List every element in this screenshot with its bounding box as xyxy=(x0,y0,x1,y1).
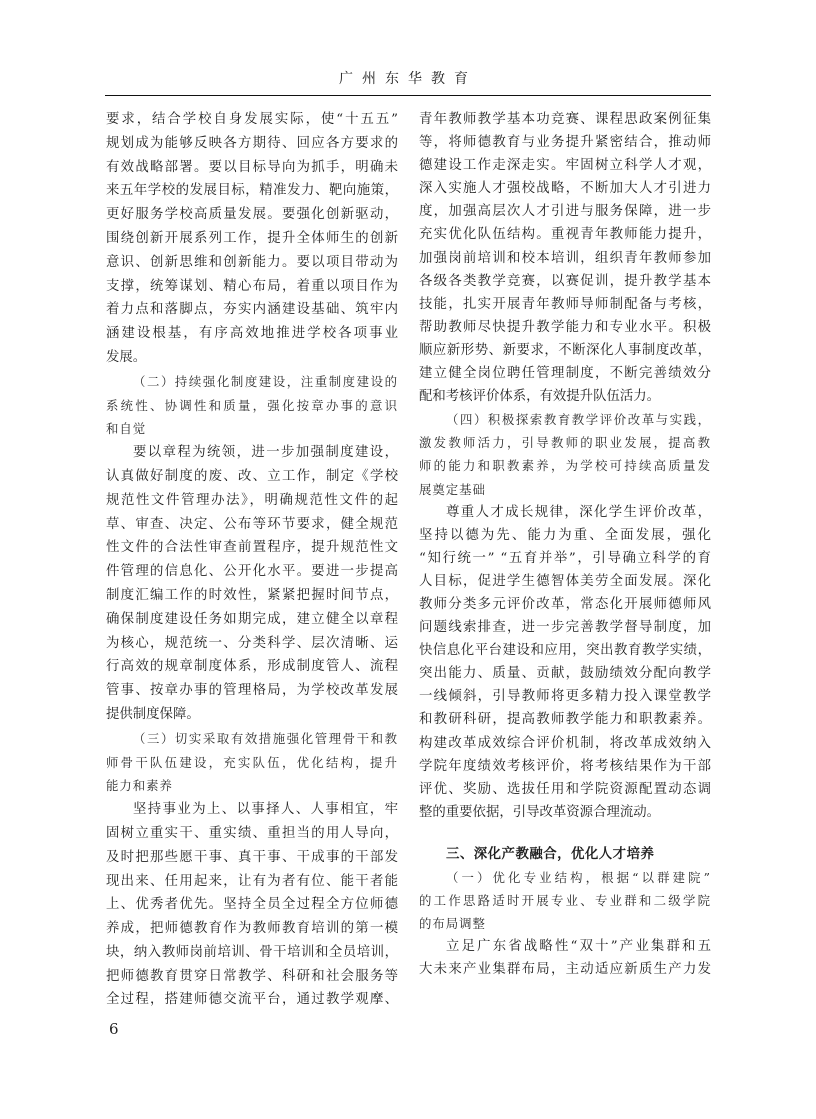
text-line: 为核心，规范统一、分类科学、层次清晰、运 xyxy=(106,632,398,656)
right-column: 青年教师教学基本功竞赛、课程思政案例征集 等，将师德教育与业务提升紧密结合，推动… xyxy=(419,108,711,981)
subsection-heading: 展奠定基础 xyxy=(419,478,711,501)
text-line: 涵建设根基，有序高效地推进学校各项事业 xyxy=(106,322,398,346)
text-line: 上、优秀者优先。坚持全员全过程全方位师德 xyxy=(106,893,398,917)
subsection-heading: 系统性、协调性和质量，强化按章办事的意识 xyxy=(106,394,398,418)
section-heading: 三、深化产教融合，优化人才培养 xyxy=(419,843,711,866)
text-line: 和教研科研，提高教师教学能力和职教素养。 xyxy=(419,708,711,731)
text-line: 块，纳入教师岗前培训、骨干培训和全员培训， xyxy=(106,941,398,965)
text-line: 帮助教师尽快提升教学能力和专业水平。积极 xyxy=(419,316,711,339)
text-line: 一线倾斜，引导教师将更多精力投入课堂教学 xyxy=(419,685,711,708)
text-line: 构建改革成效综合评价机制，将改革成效纳入 xyxy=(419,732,711,755)
text-line: 管事、按章办事的管理格局，为学校改革发展 xyxy=(106,679,398,703)
text-line: 提供制度保障。 xyxy=(106,703,398,727)
left-column: 要求，结合学校自身发展实际，使“十五五” 规划成为能够反映各方期待、回应各方要求… xyxy=(106,108,398,1012)
text-line: 坚持以德为先、能力为重、全面发展，强化 xyxy=(419,524,711,547)
text-line: 草、审查、决定、公布等环节要求，健全规范 xyxy=(106,513,398,537)
text-line: 德建设工作走深走实。牢固树立科学人才观， xyxy=(419,154,711,177)
subsection-heading: 和自觉 xyxy=(106,417,398,441)
text-line: 围绕创新开展系列工作，提升全体师生的创新 xyxy=(106,227,398,251)
subsection-heading: （四）积极探索教育教学评价改革与实践， xyxy=(419,408,711,431)
text-line: 着力点和落脚点，夯实内涵建设基础、筑牢内 xyxy=(106,298,398,322)
text-line: 充实优化队伍结构。重视青年教师能力提升， xyxy=(419,223,711,246)
text-line: 技能，扎实开展青年教师导师制配备与考核， xyxy=(419,293,711,316)
subsection-heading: 师的能力和职教素养，为学校可持续高质量发 xyxy=(419,454,711,477)
subsection-heading: 的工作思路适时开展专业、专业群和二级学院 xyxy=(419,889,711,912)
text-line: 支撑，统筹谋划、精心布局，着重以项目作为 xyxy=(106,275,398,299)
text-line: 发展。 xyxy=(106,346,398,370)
text-line: 教师分类多元评价改革，常态化开展师德师风 xyxy=(419,593,711,616)
text-line: 快信息化平台建设和应用，突出教育教学实绩， xyxy=(419,639,711,662)
text-line: 行高效的规章制度体系，形成制度管人、流程 xyxy=(106,655,398,679)
text-line: 人目标，促进学生德智体美劳全面发展。深化 xyxy=(419,570,711,593)
section-spacer xyxy=(419,824,711,843)
text-line: 意识、创新思维和创新能力。要以项目带动为 xyxy=(106,251,398,275)
text-line: 坚持事业为上、以事择人、人事相宜，牢 xyxy=(106,798,398,822)
text-line: 件管理的信息化、公开化水平。要进一步提高 xyxy=(106,560,398,584)
page-number: 6 xyxy=(109,1020,119,1038)
text-line: 青年教师教学基本功竞赛、课程思政案例征集 xyxy=(419,108,711,131)
journal-title: 广州东华教育 xyxy=(0,68,816,88)
text-line: 认真做好制度的废、改、立工作，制定《学校 xyxy=(106,465,398,489)
text-line: 养成，把师德教育作为教师教育培训的第一模 xyxy=(106,917,398,941)
text-line: 整的重要依据，引导改革资源合理流动。 xyxy=(419,801,711,824)
text-line: 来五年学校的发展目标，精准发力、靶向施策， xyxy=(106,179,398,203)
text-line: 加强岗前培训和校本培训，组织青年教师参加 xyxy=(419,247,711,270)
text-line: 突出能力、质量、贡献，鼓励绩效分配向教学 xyxy=(419,662,711,685)
text-line: 及时把那些愿干事、真干事、干成事的干部发 xyxy=(106,846,398,870)
text-line: 等，将师德教育与业务提升紧密结合，推动师 xyxy=(419,131,711,154)
text-line: 要以章程为统领，进一步加强制度建设， xyxy=(106,441,398,465)
text-line: 要求，结合学校自身发展实际，使“十五五” xyxy=(106,108,398,132)
text-line: 更好服务学校高质量发展。要强化创新驱动， xyxy=(106,203,398,227)
text-line: 配和考核评价体系，有效提升队伍活力。 xyxy=(419,385,711,408)
subsection-heading: （二）持续强化制度建设，注重制度建设的 xyxy=(106,370,398,394)
subsection-heading: （一）优化专业结构，根据“以群建院” xyxy=(419,866,711,889)
text-line: 尊重人才成长规律，深化学生评价改革， xyxy=(419,501,711,524)
text-line: 问题线索排查，进一步完善教学督导制度，加 xyxy=(419,616,711,639)
header-divider xyxy=(105,95,711,96)
text-line: 确保制度建设任务如期完成，建立健全以章程 xyxy=(106,608,398,632)
text-line: 度，加强高层次人才引进与服务保障，进一步 xyxy=(419,200,711,223)
text-line: 全过程，搭建师德交流平台，通过教学观摩、 xyxy=(106,988,398,1012)
text-line: 现出来、任用起来，让有为者有位、能干者能 xyxy=(106,870,398,894)
text-line: 顺应新形势、新要求，不断深化人事制度改革， xyxy=(419,339,711,362)
text-line: 立足广东省战略性“双十”产业集群和五 xyxy=(419,935,711,958)
text-line: 把师德教育贯穿日常教学、科研和社会服务等 xyxy=(106,965,398,989)
subsection-heading: 师骨干队伍建设，充实队伍，优化结构，提升 xyxy=(106,751,398,775)
text-line: 制度汇编工作的时效性，紧紧把握时间节点， xyxy=(106,584,398,608)
text-line: 大未来产业集群布局，主动适应新质生产力发 xyxy=(419,958,711,981)
text-line: 规范性文件管理办法》，明确规范性文件的起 xyxy=(106,489,398,513)
subsection-heading: 的布局调整 xyxy=(419,912,711,935)
subsection-heading: 能力和素养 xyxy=(106,774,398,798)
subsection-heading: 激发教师活力，引导教师的职业发展，提高教 xyxy=(419,431,711,454)
subsection-heading: （三）切实采取有效措施强化管理骨干和教 xyxy=(106,727,398,751)
text-line: 评优、奖励、选拔任用和学院资源配置动态调 xyxy=(419,778,711,801)
text-line: 规划成为能够反映各方期待、回应各方要求的 xyxy=(106,132,398,156)
text-line: 各级各类教学竞赛，以赛促训，提升教学基本 xyxy=(419,270,711,293)
text-line: 深入实施人才强校战略，不断加大人才引进力 xyxy=(419,177,711,200)
text-line: 固树立重实干、重实绩、重担当的用人导向， xyxy=(106,822,398,846)
text-line: 建立健全岗位聘任管理制度，不断完善绩效分 xyxy=(419,362,711,385)
text-line: 学院年度绩效考核评价，将考核结果作为干部 xyxy=(419,755,711,778)
text-line: 有效战略部署。要以目标导向为抓手，明确未 xyxy=(106,156,398,180)
text-line: 性文件的合法性审查前置程序，提升规范性文 xyxy=(106,536,398,560)
text-line: “知行统一” “五育并举”，引导确立科学的育 xyxy=(419,547,711,570)
